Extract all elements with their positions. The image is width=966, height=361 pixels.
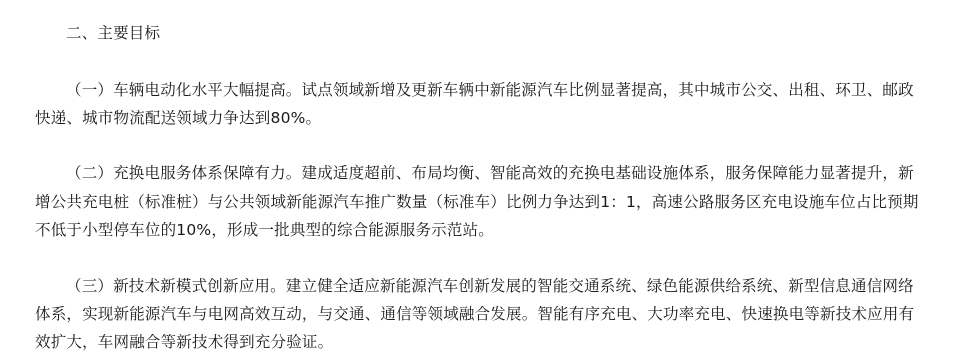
paragraph-line: 效扩大，车网融合等新技术得到充分验证。 [35,332,333,352]
paragraph-line: 增公共充电桩（标准桩）与公共领域新能源汽车推广数量（标准车）比例力争达到1：1，… [35,192,919,212]
paragraph-line: 体系，实现新能源汽车与电网高效互动，与交通、通信等领域融合发展。智能有序充电、大… [35,304,914,324]
paragraph-line: 快递、城市物流配送领域力争达到80%。 [35,108,321,128]
paragraph-line: （二）充换电服务体系保障有力。建成适度超前、布局均衡、智能高效的充换电基础设施体… [66,163,914,183]
section-heading: 二、主要目标 [66,23,160,43]
paragraph-line: （一）车辆电动化水平大幅提高。试点领域新增及更新车辆中新能源汽车比例显著提高，其… [66,80,914,100]
document-page: 二、主要目标 （一）车辆电动化水平大幅提高。试点领域新增及更新车辆中新能源汽车比… [0,0,966,361]
paragraph-line: （三）新技术新模式创新应用。建立健全适应新能源汽车创新发展的智能交通系统、绿色能… [66,276,914,296]
paragraph-line: 不低于小型停车位的10%，形成一批典型的综合能源服务示范站。 [35,220,494,240]
